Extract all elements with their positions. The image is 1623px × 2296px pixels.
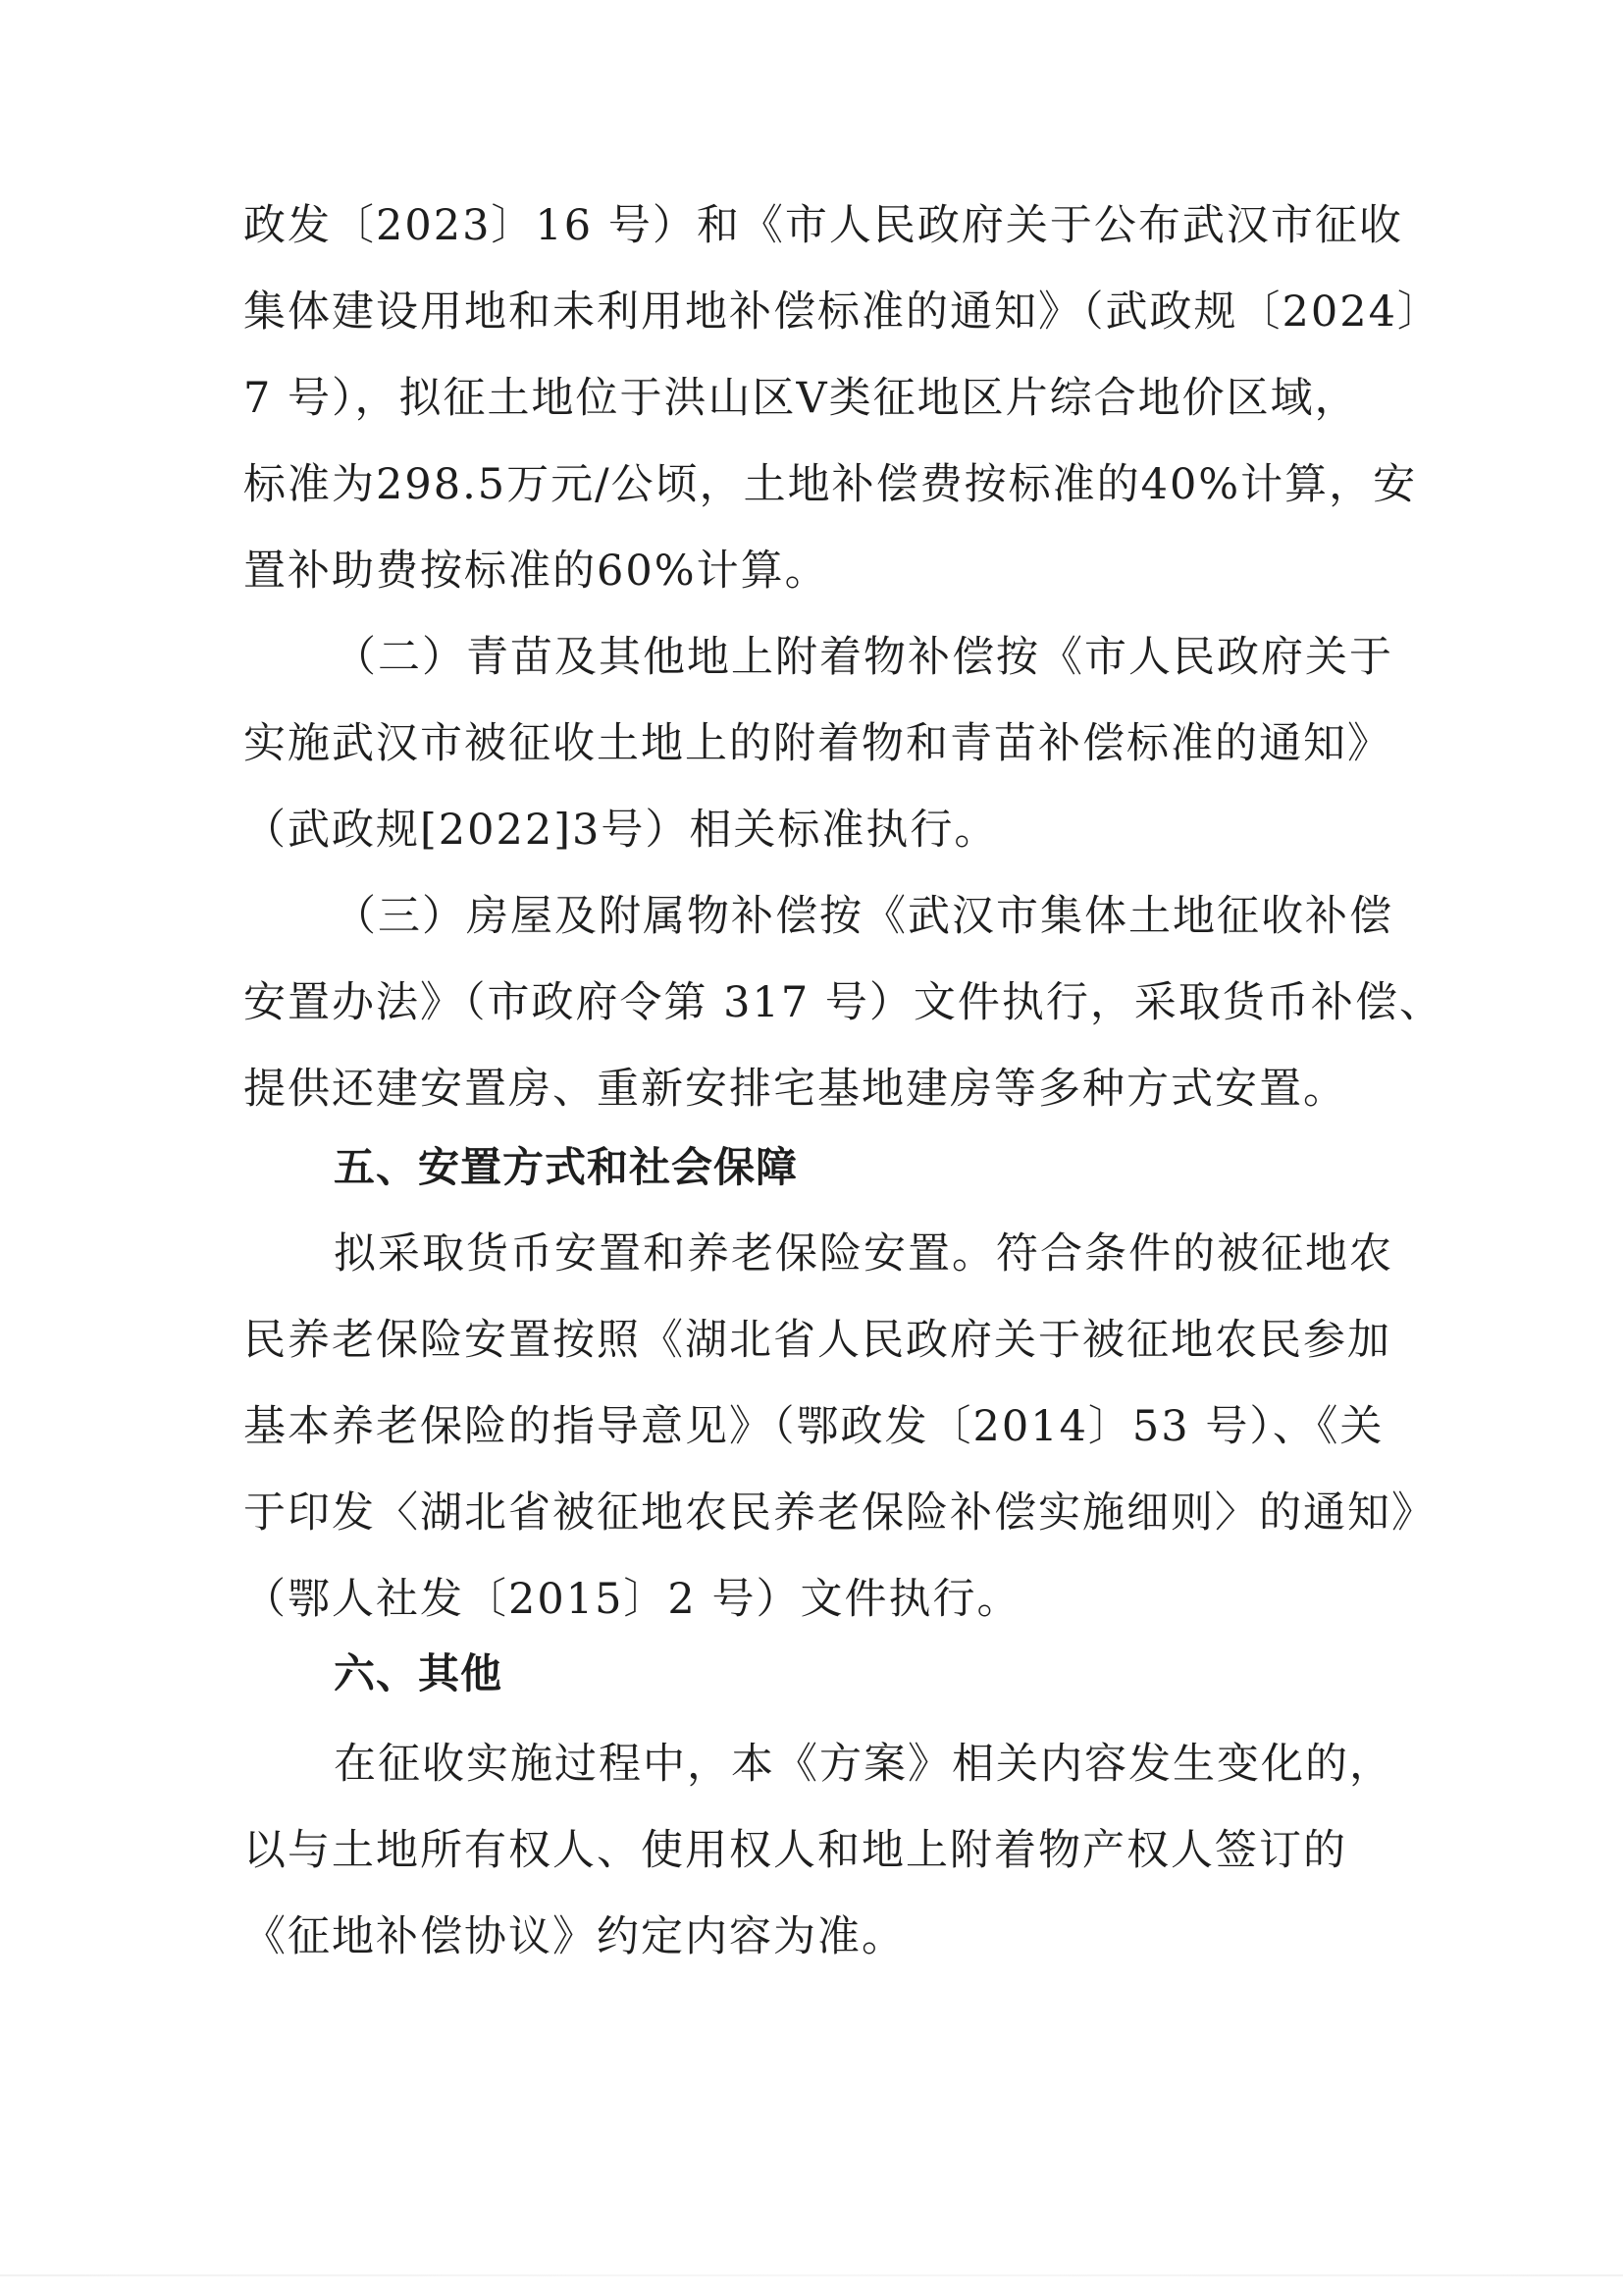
heading-resettlement: 五、安置方式和社会保障 [334, 1138, 1472, 1197]
section-3-line-1: （三）房屋及附属物补偿按《武汉市集体土地征收补偿 [334, 887, 1472, 946]
section-5-line-1: 拟采取货币安置和养老保险安置。符合条件的被征地农 [334, 1225, 1472, 1283]
scan-edge-divider [0, 2274, 1623, 2276]
section-3-line-2: 安置办法》（市政府令第 317 号）文件执行，采取货币补偿、 [243, 973, 1382, 1032]
paragraph-1-line-5: 置补助费按标准的60%计算。 [243, 542, 1382, 600]
section-5-line-4: 于印发〈湖北省被征地农民养老保险补偿实施细则〉的通知》 [243, 1484, 1382, 1542]
section-2-line-1: （二）青苗及其他地上附着物补偿按《市人民政府关于 [334, 628, 1472, 687]
section-5-line-3: 基本养老保险的指导意见》（鄂政发〔2014〕53 号）、《关 [243, 1397, 1382, 1456]
section-3-line-3: 提供还建安置房、重新安排宅基地建房等多种方式安置。 [243, 1060, 1382, 1119]
section-2-line-2: 实施武汉市被征收土地上的附着物和青苗补偿标准的通知》 [243, 714, 1382, 773]
section-6-line-3: 《征地补偿协议》约定内容为准。 [243, 1907, 1382, 1966]
paragraph-1-line-4: 标准为298.5万元/公顷，土地补偿费按标准的40%计算，安 [243, 455, 1382, 514]
document-page: 政发〔2023〕16 号）和《市人民政府关于公布武汉市征收 集体建设用地和未利用… [0, 0, 1623, 2296]
heading-other: 六、其他 [334, 1644, 1472, 1703]
paragraph-1-line-2: 集体建设用地和未利用地补偿标准的通知》（武政规〔2024〕 [243, 283, 1382, 341]
section-5-line-5: （鄂人社发〔2015〕2 号）文件执行。 [243, 1570, 1382, 1629]
section-6-line-1: 在征收实施过程中，本《方案》相关内容发生变化的， [334, 1735, 1472, 1794]
paragraph-1-line-3: 7 号），拟征土地位于洪山区V类征地区片综合地价区域， [243, 369, 1382, 428]
section-5-line-2: 民养老保险安置按照《湖北省人民政府关于被征地农民参加 [243, 1311, 1382, 1370]
section-2-line-3: （武政规[2022]3号）相关标准执行。 [243, 801, 1382, 860]
paragraph-1-line-1: 政发〔2023〕16 号）和《市人民政府关于公布武汉市征收 [243, 196, 1382, 255]
section-6-line-2: 以与土地所有权人、使用权人和地上附着物产权人签订的 [243, 1821, 1382, 1880]
